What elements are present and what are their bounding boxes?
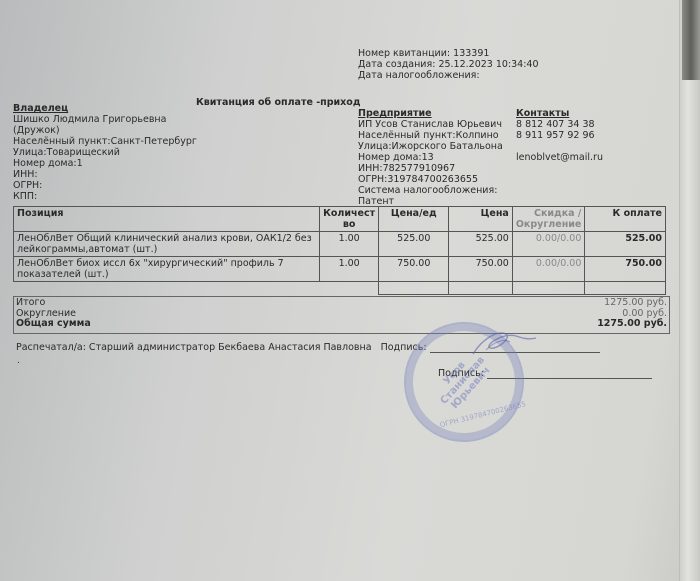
receipt-document: Номер квитанции: 133391 Дата создания: 2… (0, 0, 680, 581)
paper-edge (679, 0, 700, 581)
col-price: Цена (449, 207, 513, 232)
contact-phone: 8 911 957 92 96 (516, 130, 603, 141)
enterprise-line: ОГРН:319784700263655 (358, 174, 503, 185)
cell-position: ЛенОблВет биох иссл 6х "хирургический" п… (14, 257, 320, 282)
rounding-row: Округление 0.00 руб. (16, 309, 667, 320)
cell-to-pay: 750.00 (585, 257, 666, 282)
subtotal-value: 1275.00 руб. (604, 298, 667, 309)
enterprise-line: Улица:Ижорского Батальона (358, 141, 503, 152)
owner-block: Владелец Шишко Людмила Григорьевна (Друж… (13, 103, 197, 202)
col-unit-price: Цена/ед (379, 207, 449, 232)
col-discount: Скидка / Округление (512, 207, 585, 232)
receipt-meta: Номер квитанции: 133391 Дата создания: 2… (358, 48, 539, 81)
contact-email: lenoblvet@mail.ru (516, 152, 603, 163)
binder-clip (682, 0, 700, 80)
owner-line: Номер дома:1 (13, 158, 197, 169)
owner-line: (Дружок) (13, 125, 197, 136)
contacts-block: Контакты 8 812 407 34 38 8 911 957 92 96… (516, 108, 603, 163)
owner-line: Населённый пункт:Санкт-Петербург (13, 136, 197, 147)
total-label: Общая сумма (16, 319, 91, 330)
cell-price: 525.00 (449, 232, 513, 257)
cell-quantity: 1.00 (319, 232, 379, 257)
receipt-number: Номер квитанции: 133391 (358, 48, 539, 59)
cell-position: ЛенОблВет Общий клинический анализ крови… (14, 232, 320, 257)
contacts-header: Контакты (516, 108, 603, 119)
subtotal-row: Итого 1275.00 руб. (16, 298, 667, 309)
col-quantity: Количество (319, 207, 379, 232)
document-title: Квитанция об оплате -приход (196, 97, 361, 108)
subtotal-label: Итого (16, 298, 45, 309)
receipt-created-value: 25.12.2023 10:34:40 (438, 59, 538, 70)
cell-quantity: 1.00 (319, 257, 379, 282)
contact-phone: 8 812 407 34 38 (516, 119, 603, 130)
enterprise-header: Предприятие (358, 108, 503, 119)
printed-by: Распечатал/а: Старший администратор Бекб… (16, 342, 372, 353)
receipt-number-value: 133391 (453, 48, 489, 59)
items-table: Позиция Количество Цена/ед Цена Скидка /… (13, 206, 666, 295)
enterprise-line: ИП Усов Станислав Юрьевич (358, 119, 503, 130)
cell-discount: 0.00/0.00 (512, 257, 585, 282)
table-row: ЛенОблВет биох иссл 6х "хирургический" п… (14, 257, 666, 282)
receipt-number-label: Номер квитанции: (358, 48, 450, 59)
enterprise-line: Населённый пункт:Колпино (358, 130, 503, 141)
receipt-tax-date: Дата налогообложения: (358, 70, 539, 81)
table-empty-row (14, 282, 666, 295)
owner-header: Владелец (13, 103, 197, 114)
totals-block: Итого 1275.00 руб. Округление 0.00 руб. … (13, 296, 670, 334)
dot-mark: . (17, 356, 20, 367)
handwritten-signature-icon (468, 328, 538, 358)
total-value: 1275.00 руб. (597, 319, 667, 330)
col-to-pay: К оплате (585, 207, 666, 232)
owner-line: Шишко Людмила Григорьевна (13, 114, 197, 125)
owner-line: ИНН: (13, 169, 197, 180)
enterprise-block: Предприятие ИП Усов Станислав Юрьевич На… (358, 108, 503, 207)
total-row: Общая сумма 1275.00 руб. (16, 319, 667, 330)
cell-discount: 0.00/0.00 (512, 232, 585, 257)
table-row: ЛенОблВет Общий клинический анализ крови… (14, 232, 666, 257)
cell-unit-price: 525.00 (379, 232, 449, 257)
col-position: Позиция (14, 207, 320, 232)
cell-unit-price: 750.00 (379, 257, 449, 282)
enterprise-line: ИНН:782577910967 (358, 163, 503, 174)
enterprise-line: Номер дома:13 (358, 152, 503, 163)
receipt-created: Дата создания: 25.12.2023 10:34:40 (358, 59, 539, 70)
owner-line: Улица:Товарищеский (13, 147, 197, 158)
enterprise-line: Система налогообложения: (358, 185, 503, 196)
table-header-row: Позиция Количество Цена/ед Цена Скидка /… (14, 207, 666, 232)
receipt-created-label: Дата создания: (358, 59, 435, 70)
owner-line: КПП: (13, 191, 197, 202)
owner-line: ОГРН: (13, 180, 197, 191)
cell-to-pay: 525.00 (585, 232, 666, 257)
receipt-tax-date-label: Дата налогообложения: (358, 70, 480, 81)
cell-price: 750.00 (449, 257, 513, 282)
